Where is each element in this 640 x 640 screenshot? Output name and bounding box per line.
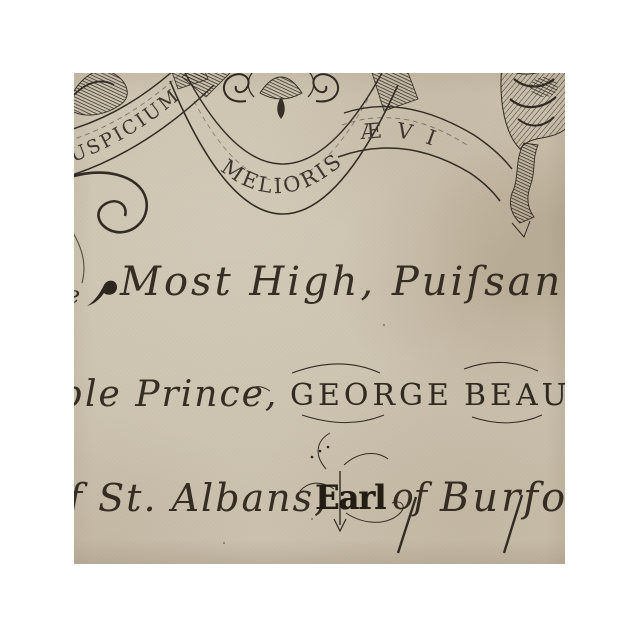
line2-caps-beauc: BEAUC — [464, 378, 565, 413]
crest-center — [224, 73, 338, 119]
comma-flourish-mark — [87, 281, 117, 306]
earl-dot-3 — [327, 446, 330, 449]
spiral-tail — [74, 219, 84, 283]
antique-document-paper: USPICIUM MELIORIS — [74, 73, 565, 564]
foliage-right — [501, 73, 565, 237]
speck-3 — [223, 542, 225, 544]
swash-above-beauc — [464, 362, 538, 371]
crest-right-volute — [313, 74, 338, 101]
earl-curl-top-right — [344, 453, 388, 465]
motto-center: MELIORIS — [217, 148, 348, 199]
line1-left-fragment: e — [74, 281, 80, 309]
motto-center-text: MELIORIS — [217, 148, 348, 199]
line3-of: of — [392, 477, 427, 518]
line2-ble-prince: ble Prince, — [74, 374, 278, 415]
earl-dot-1 — [311, 456, 314, 459]
photo-stage: USPICIUM MELIORIS — [0, 0, 640, 640]
line1-most-high-puissant: Most High, Puiſsant , — [120, 259, 565, 305]
swash-below-beauc — [472, 415, 542, 423]
earl-dot-2 — [319, 450, 322, 453]
swash-below-george — [302, 415, 384, 423]
crest-drop — [277, 97, 285, 119]
ribbon-right-lower-edge — [338, 148, 500, 201]
ribbon-tail — [510, 143, 538, 223]
crest-fan — [260, 77, 302, 99]
line2-caps-george: GEORGE — [290, 378, 453, 413]
ribbon-band-right: ÆVI — [338, 107, 512, 201]
line3-earl-blackletter: Earl — [315, 478, 385, 518]
crest-left-leaf — [248, 73, 256, 97]
crest-right-leaf — [306, 73, 314, 97]
line3-st-albans: f St. Albans, — [74, 476, 328, 520]
ribbon-tail-fork — [512, 221, 530, 237]
swash-above-george — [292, 364, 380, 373]
speck-1 — [383, 324, 385, 326]
line3-burford: Burfo — [440, 475, 565, 521]
spiral-stroke — [74, 173, 147, 233]
crest-left-volute — [224, 74, 249, 101]
ribbon-center-right-twist — [364, 73, 418, 111]
